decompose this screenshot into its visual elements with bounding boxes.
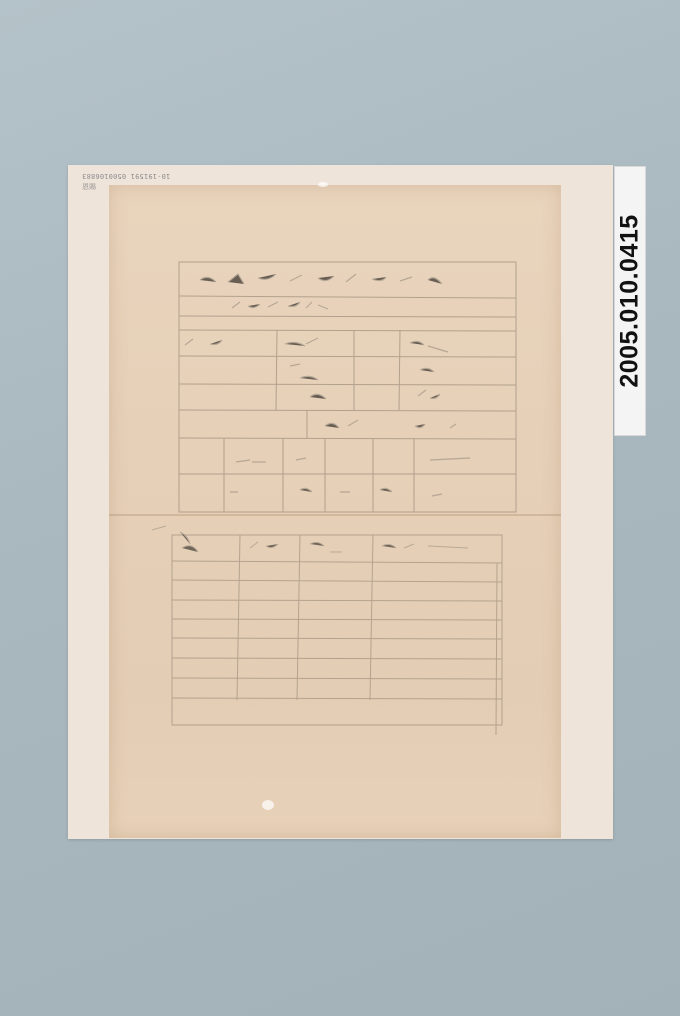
lower-form-table <box>172 535 502 735</box>
upper-form-table <box>179 262 516 512</box>
paper-tear <box>318 182 328 187</box>
paper-damage-spot <box>262 800 274 810</box>
lower-table-header-writing <box>152 526 468 552</box>
handwritten-form <box>0 0 680 1016</box>
